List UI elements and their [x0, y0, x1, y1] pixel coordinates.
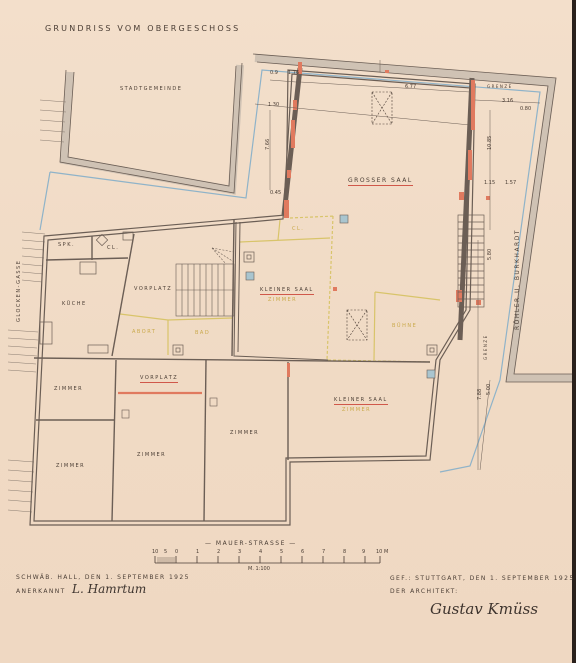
room-label-zimmer-4: Zimmer — [137, 452, 166, 458]
flue-small-icon — [122, 398, 217, 418]
scale-tick: 0 — [175, 549, 178, 555]
room-label-kleiner-saal-lower: Kleiner Saal — [334, 397, 388, 405]
outer-walls — [30, 70, 475, 525]
dim-label: 7.66 — [265, 150, 276, 156]
dim-label: 0.9 — [270, 70, 278, 76]
scale-tick: 8 — [343, 549, 346, 555]
scale-tick: 9 — [362, 549, 365, 555]
room-label-zimmer-upper: Zimmer — [268, 297, 297, 303]
scale-label: M. 1:100 — [248, 566, 270, 572]
room-label-zimmer-1: Zimmer — [54, 386, 83, 392]
scale-tick: 5 — [164, 549, 167, 555]
room-label-abort: Abort — [132, 329, 156, 335]
room-label-vorplatz: Vorplatz — [134, 286, 172, 292]
dim-label: 0.80 — [520, 106, 531, 112]
room-label-bad: Bad — [195, 330, 210, 336]
dim-label-text: 5.00 — [486, 384, 492, 395]
neighbor-label-right: Röhler u. Burkhardt — [514, 330, 576, 337]
scale-tick: 6 — [301, 549, 304, 555]
scale-tick: 2 — [217, 549, 220, 555]
neighbor-label-stadtgemeinde: Stadtgemeinde — [120, 86, 182, 92]
grenze-label-right-text: Grenze — [483, 334, 488, 360]
dim-label-text: 7.88 — [477, 389, 483, 400]
interior-walls — [34, 220, 430, 521]
dim-label: 3.16 — [502, 98, 513, 104]
scale-tick: 3 — [238, 549, 241, 555]
room-label-zimmer-2: Zimmer — [56, 463, 85, 469]
dim-label: 5.80 — [487, 260, 498, 266]
skylight-icon — [372, 92, 392, 124]
room-label-zimmer-3: Zimmer — [230, 430, 259, 436]
room-label-kueche: Küche — [62, 301, 87, 307]
street-label-mauer: — Mauer-Strasse — — [205, 540, 297, 547]
room-label-cl: Cl. — [107, 245, 119, 251]
dim-label: 1.57 — [505, 180, 516, 186]
neighbor-label-right-text: Röhler u. Burkhardt — [514, 229, 521, 330]
room-label-vorplatz-lower: Vorplatz — [140, 375, 178, 383]
dim-label-text: 5.80 — [487, 249, 493, 260]
scale-tick: 1 — [196, 549, 199, 555]
neighbor-stadtgemeinde-wall — [64, 65, 240, 190]
scale-tick: 10 — [152, 549, 158, 555]
footer-right-line1: Gef.: Stuttgart, den 1. September 1925 — [390, 575, 575, 582]
dim-label-text: 10.85 — [487, 136, 493, 150]
scale-tick: 7 — [322, 549, 325, 555]
skylight-icon — [347, 310, 367, 340]
footer-left-line1: Schwäb. Hall, den 1. September 1925 — [16, 574, 190, 581]
room-label-cl-2: Cl. — [292, 226, 304, 232]
dim-label-text: 7.66 — [265, 139, 271, 150]
dim-label: 1.76 — [288, 70, 299, 76]
room-label-kleiner-saal-upper: Kleiner Saal — [260, 287, 314, 295]
room-label-buhne: Bühne — [392, 323, 417, 329]
floor-plan — [0, 0, 576, 663]
dim-label: 5.00 — [486, 395, 497, 401]
scale-tick: 5 — [280, 549, 283, 555]
main-stair — [176, 248, 234, 316]
scale-tick: 4 — [259, 549, 262, 555]
grenze-label-top: Grenze — [487, 84, 513, 89]
footer-left-line2: Anerkannt — [16, 588, 66, 595]
room-label-spk: Spk. — [58, 242, 75, 248]
dim-label: 0.45 — [270, 190, 281, 196]
street-label-glocken: Glocken-Gasse — [16, 322, 78, 328]
room-label-zimmer-lower: Zimmer — [342, 407, 371, 413]
dim-label: 1.30 — [268, 102, 279, 108]
dim-label: 1.15 — [484, 180, 495, 186]
dim-label: 10.85 — [487, 150, 501, 156]
street-label-glocken-text: Glocken-Gasse — [16, 260, 22, 322]
signature-left: L. Hamrtum — [72, 582, 146, 596]
footer-right-line2: Der Architekt: — [390, 588, 459, 595]
room-label-grosser-saal: Grosser Saal — [348, 177, 413, 186]
grenze-label-right: Grenze — [483, 360, 509, 365]
dim-label: 6.77 — [405, 84, 416, 90]
signature-architect: Gustav Kmüss — [430, 600, 538, 618]
scale-bar — [155, 556, 380, 563]
scale-tick: 10 M — [376, 549, 388, 555]
